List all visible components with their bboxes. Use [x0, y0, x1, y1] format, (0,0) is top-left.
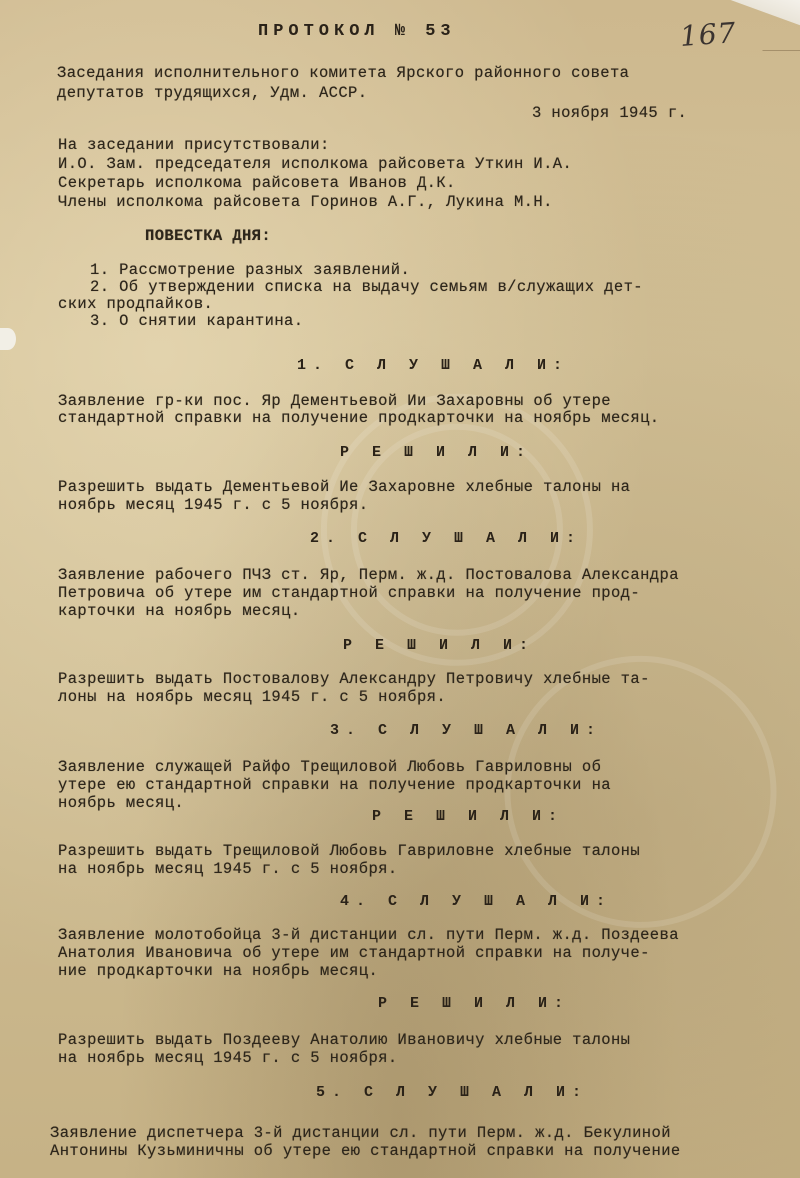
section-heard-text: Заявление рабочего ПЧЗ ст. Яр, Перм. ж.д… — [58, 566, 679, 584]
section-decided-text: Разрешить выдать Дементьевой Ие Захаровн… — [58, 478, 630, 496]
handwritten-page-number: 167 — [679, 16, 738, 53]
section-decided-heading: Р Е Ш И Л И: — [372, 808, 564, 825]
section-heard-text: Заявление служащей Райфо Трещиловой Любо… — [58, 758, 601, 776]
section-heard-text: утере ею стандартной справки на получени… — [58, 776, 611, 794]
attendance-line: Члены исполкома райсовета Горинов А.Г., … — [58, 193, 553, 211]
section-heard-text: Заявление молотобойца 3-й дистанции сл. … — [58, 926, 679, 944]
section-decided-text: на ноябрь месяц 1945 г. с 5 ноября. — [58, 860, 398, 878]
section-heard-heading: 5. С Л У Ш А Л И: — [316, 1084, 588, 1101]
section-heard-text: Заявление гр-ки пос. Яр Дементьевой Ии З… — [58, 392, 611, 410]
section-heard-text: Анатолия Ивановича об утере им стандартн… — [58, 944, 650, 962]
attendance-line: Секретарь исполкома райсовета Иванов Д.К… — [58, 174, 456, 192]
document-title: ПРОТОКОЛ № 53 — [258, 22, 456, 41]
document-date: 3 ноября 1945 г. — [532, 104, 687, 122]
attendance-label: На заседании присутствовали: — [58, 136, 330, 154]
section-decided-text: лоны на ноябрь месяц 1945 г. с 5 ноября. — [58, 688, 446, 706]
section-heard-heading: 4. С Л У Ш А Л И: — [340, 893, 612, 910]
attendance-line: И.О. Зам. председателя исполкома райсове… — [58, 155, 572, 173]
section-heard-text: стандартной справки на получение продкар… — [58, 409, 660, 427]
punch-hole — [0, 328, 16, 350]
agenda-item: 2. Об утверждении списка на выдачу семья… — [90, 278, 643, 296]
section-heard-text: ние продкарточки на ноябрь месяц. — [58, 962, 378, 980]
section-decided-text: ноябрь месяц 1945 г. с 5 ноября. — [58, 496, 368, 514]
agenda-item: 3. О снятии карантина. — [90, 312, 303, 330]
scanned-document-page: 167 ПРОТОКОЛ № 53 Заседания исполнительн… — [0, 0, 800, 1178]
section-decided-heading: Р Е Ш И Л И: — [378, 995, 570, 1012]
header-line-2: депутатов трудящихся, Удм. АССР. — [57, 84, 367, 102]
section-decided-text: Разрешить выдать Поздееву Анатолию Ивано… — [58, 1031, 630, 1049]
section-heard-text: ноябрь месяц. — [58, 794, 184, 812]
section-heard-text: Петровича об утере им стандартной справк… — [58, 584, 640, 602]
section-heard-heading: 2. С Л У Ш А Л И: — [310, 530, 582, 547]
section-heard-heading: 1. С Л У Ш А Л И: — [297, 357, 569, 374]
section-decided-text: Разрешить выдать Постовалову Александру … — [58, 670, 650, 688]
section-decided-heading: Р Е Ш И Л И: — [343, 637, 535, 654]
section-heard-heading: 3. С Л У Ш А Л И: — [330, 722, 602, 739]
agenda-item: ских продпайков. — [58, 295, 213, 313]
agenda-item: 1. Рассмотрение разных заявлений. — [90, 261, 410, 279]
section-heard-text: Антонины Кузьминичны об утере ею стандар… — [50, 1142, 681, 1160]
agenda-label: ПОВЕСТКА ДНЯ: — [145, 227, 271, 245]
section-heard-text: Заявление диспетчера 3-й дистанции сл. п… — [50, 1124, 671, 1142]
section-heard-text: карточки на ноябрь месяц. — [58, 602, 301, 620]
section-decided-text: на ноябрь месяц 1945 г. с 5 ноября. — [58, 1049, 398, 1067]
section-decided-heading: Р Е Ш И Л И: — [340, 444, 532, 461]
section-decided-text: Разрешить выдать Трещиловой Любовь Гаври… — [58, 842, 640, 860]
header-line-1: Заседания исполнительного комитета Ярско… — [57, 64, 629, 82]
